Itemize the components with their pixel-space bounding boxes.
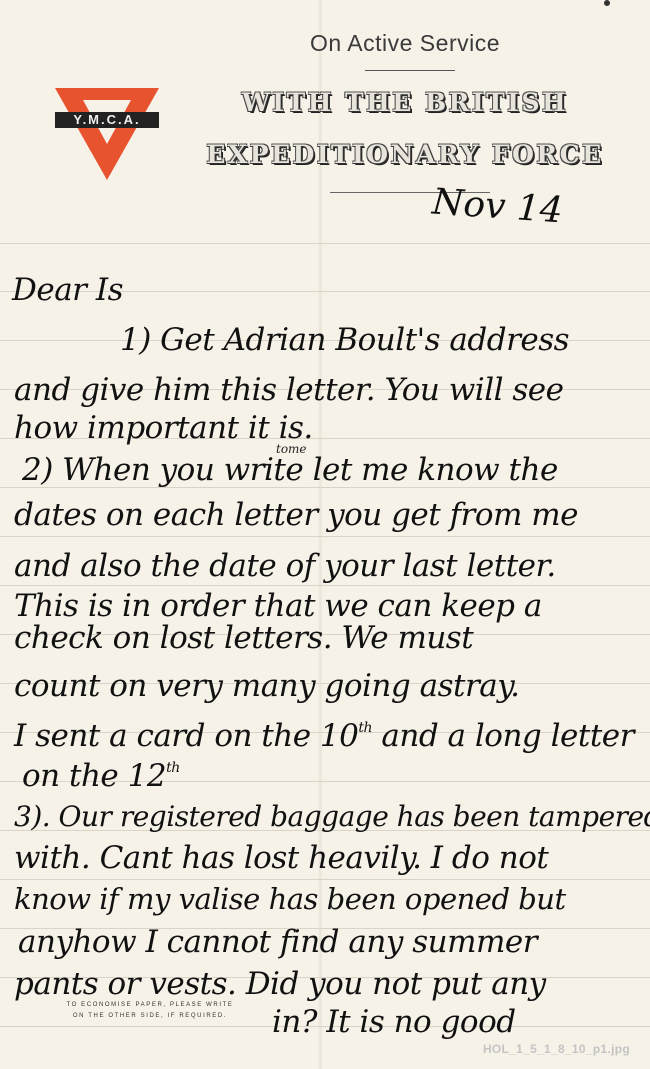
letterhead-heading-line2: EXPEDITIONARY FORCE: [0, 140, 650, 169]
letter-line-6: and also the date of your last letter.: [14, 548, 556, 584]
letter-page: On Active Service Y.M.C.A. WITH THE BRIT…: [0, 0, 650, 1069]
superscript: th: [166, 760, 180, 776]
letter-line-1: 1) Get Adrian Boult's address: [120, 322, 569, 358]
superscript: th: [358, 720, 372, 736]
letter-line-13: with. Cant has lost heavily. I do not: [14, 840, 548, 876]
filename-watermark: HOL_1_5_1_8_10_p1.jpg: [483, 1042, 630, 1056]
ruled-line: [0, 536, 650, 537]
title-divider: [365, 70, 455, 71]
letter-line-10-tail: and a long letter: [372, 718, 634, 754]
letter-line-2: and give him this letter. You will see: [14, 372, 563, 408]
on-active-service-title: On Active Service: [0, 30, 650, 57]
ruled-line: [0, 585, 650, 586]
letter-line-4: 2) When you write let me know the: [22, 452, 558, 488]
letter-line-17: in? It is no good: [272, 1004, 516, 1040]
letter-line-10: I sent a card on the 10th and a long let…: [14, 718, 634, 754]
letter-date: Nov 14: [431, 181, 564, 231]
ruled-line: [0, 243, 650, 244]
letter-line-10-text: I sent a card on the 10: [14, 718, 358, 754]
letter-line-11: on the 12th: [22, 758, 180, 794]
letter-line-9: count on very many going astray.: [14, 668, 520, 704]
letter-line-5: dates on each letter you get from me: [14, 497, 578, 533]
letter-line-11-text: on the 12: [22, 758, 166, 794]
footnote-line-1: To economise paper, please write: [40, 1000, 260, 1010]
letter-line-15: anyhow I cannot find any summer: [18, 924, 537, 960]
letter-line-14: know if my valise has been opened but: [14, 882, 566, 916]
letter-line-16: pants or vests. Did you not put any: [14, 966, 546, 1002]
ruled-line: [0, 879, 650, 880]
salutation: Dear Is: [12, 272, 123, 308]
letter-line-7: This is in order that we can keep a: [14, 588, 542, 624]
footnote-line-2: on the other side, if required.: [40, 1011, 260, 1021]
ink-speck: [604, 0, 610, 6]
letter-line-3: how important it is.: [14, 410, 313, 446]
letter-line-12: 3). Our registered baggage has been tamp…: [14, 800, 650, 833]
letter-line-8: check on lost letters. We must: [14, 620, 473, 656]
letterhead-heading-line1: WITH THE BRITISH: [0, 88, 650, 117]
